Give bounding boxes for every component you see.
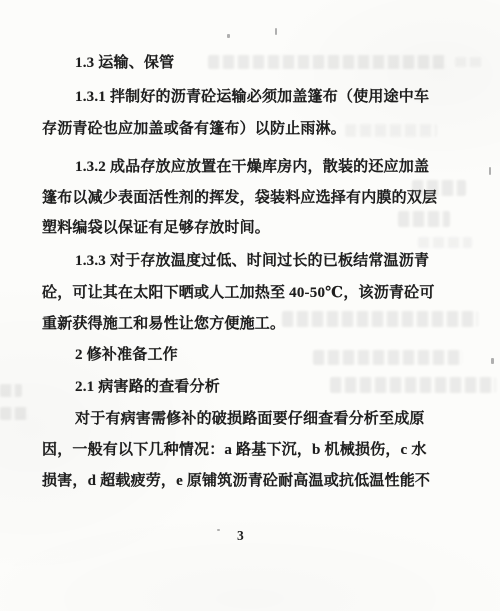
bleedthrough-artifact [282, 311, 478, 327]
text-line: 1.3.1 拌制好的沥青砼运输必须加盖篷布（使用途中车 [75, 89, 429, 106]
section-heading: 2.1 病害路的查看分析 [75, 379, 220, 396]
text-line: 1.3.3 对于存放温度过低、时间过长的已板结常温沥青 [75, 253, 429, 270]
scanned-document-page: 1.3 运输、保管1.3.1 拌制好的沥青砼运输必须加盖篷布（使用途中车存沥青砼… [0, 0, 500, 611]
section-heading: 2 修补准备工作 [75, 347, 178, 364]
text-line: 1.3.2 成品存放应放置在干燥库房内，散装的还应加盖 [75, 159, 429, 176]
text-line: 篷布以减少表面活性剂的挥发，袋装料应选择有内膜的双层 [42, 190, 437, 207]
text-line: 损害，d 超载疲劳，e 原铺筑沥青砼耐高温或抗低温性能不 [42, 473, 430, 490]
bleedthrough-artifact [418, 237, 472, 248]
text-line: 重新获得施工和易性让您方便施工。 [42, 316, 285, 333]
text-line: 存沥青砼也应加盖或备有篷布）以防止雨淋。 [42, 121, 346, 138]
text-line: 砼，可让其在太阳下晒或人工加热至 40-50℃，该沥青砼可 [42, 285, 435, 302]
bleedthrough-artifact [412, 180, 466, 196]
bleedthrough-artifact [313, 350, 463, 365]
scan-speck [491, 358, 494, 364]
scan-speck [217, 529, 220, 531]
bleedthrough-artifact [208, 55, 446, 69]
text-line: 塑料编袋以保证有足够存放时间。 [42, 220, 270, 237]
bleedthrough-artifact [0, 407, 28, 420]
bleedthrough-artifact [398, 211, 450, 227]
scan-speck [275, 28, 277, 35]
bleedthrough-artifact [455, 57, 483, 67]
section-heading: 1.3 运输、保管 [75, 55, 174, 72]
bleedthrough-artifact [330, 377, 496, 393]
text-line: 因，一般有以下几种情况：a 路基下沉，b 机械损伤，c 水 [42, 442, 427, 459]
scan-speck [489, 167, 491, 175]
bleedthrough-artifact [0, 384, 22, 397]
bleedthrough-artifact [345, 124, 437, 137]
text-line: 对于有病害需修补的破损路面要仔细查看分析至成原 [75, 411, 425, 428]
page-number: 3 [237, 528, 244, 544]
scan-speck [227, 34, 230, 38]
